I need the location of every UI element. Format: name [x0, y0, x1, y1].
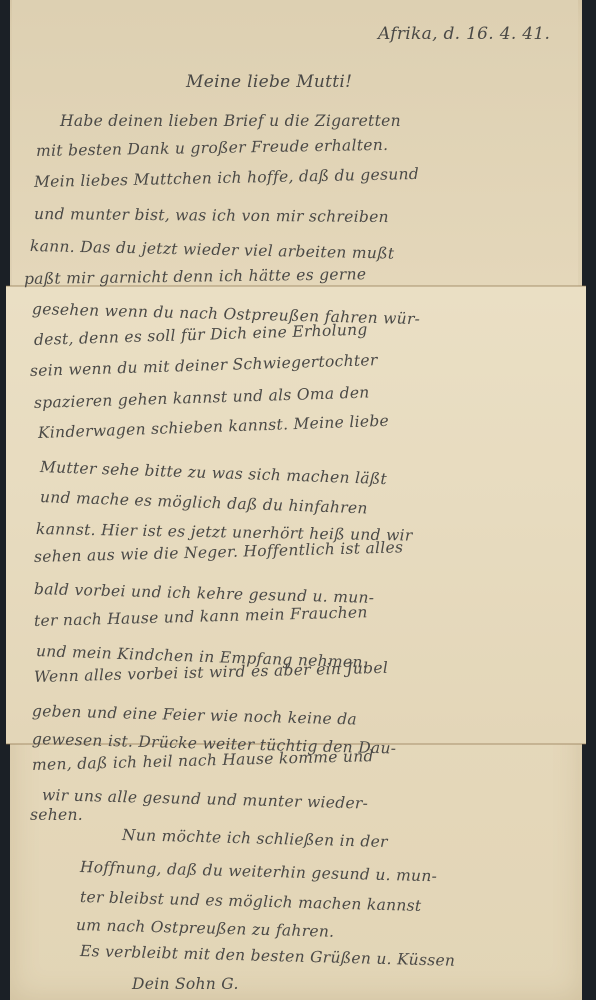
letter-salutation: Meine liebe Mutti! [186, 72, 352, 92]
letter-line: Dein Sohn G. [132, 975, 239, 993]
letter-line: Habe deinen lieben Brief u die Zigarette… [60, 112, 401, 130]
letter-line: sehen. [30, 806, 83, 824]
letter-line: und munter bist, was ich von mir schreib… [34, 205, 389, 226]
letter-place-date: Afrika, d. 16. 4. 41. [378, 24, 550, 44]
